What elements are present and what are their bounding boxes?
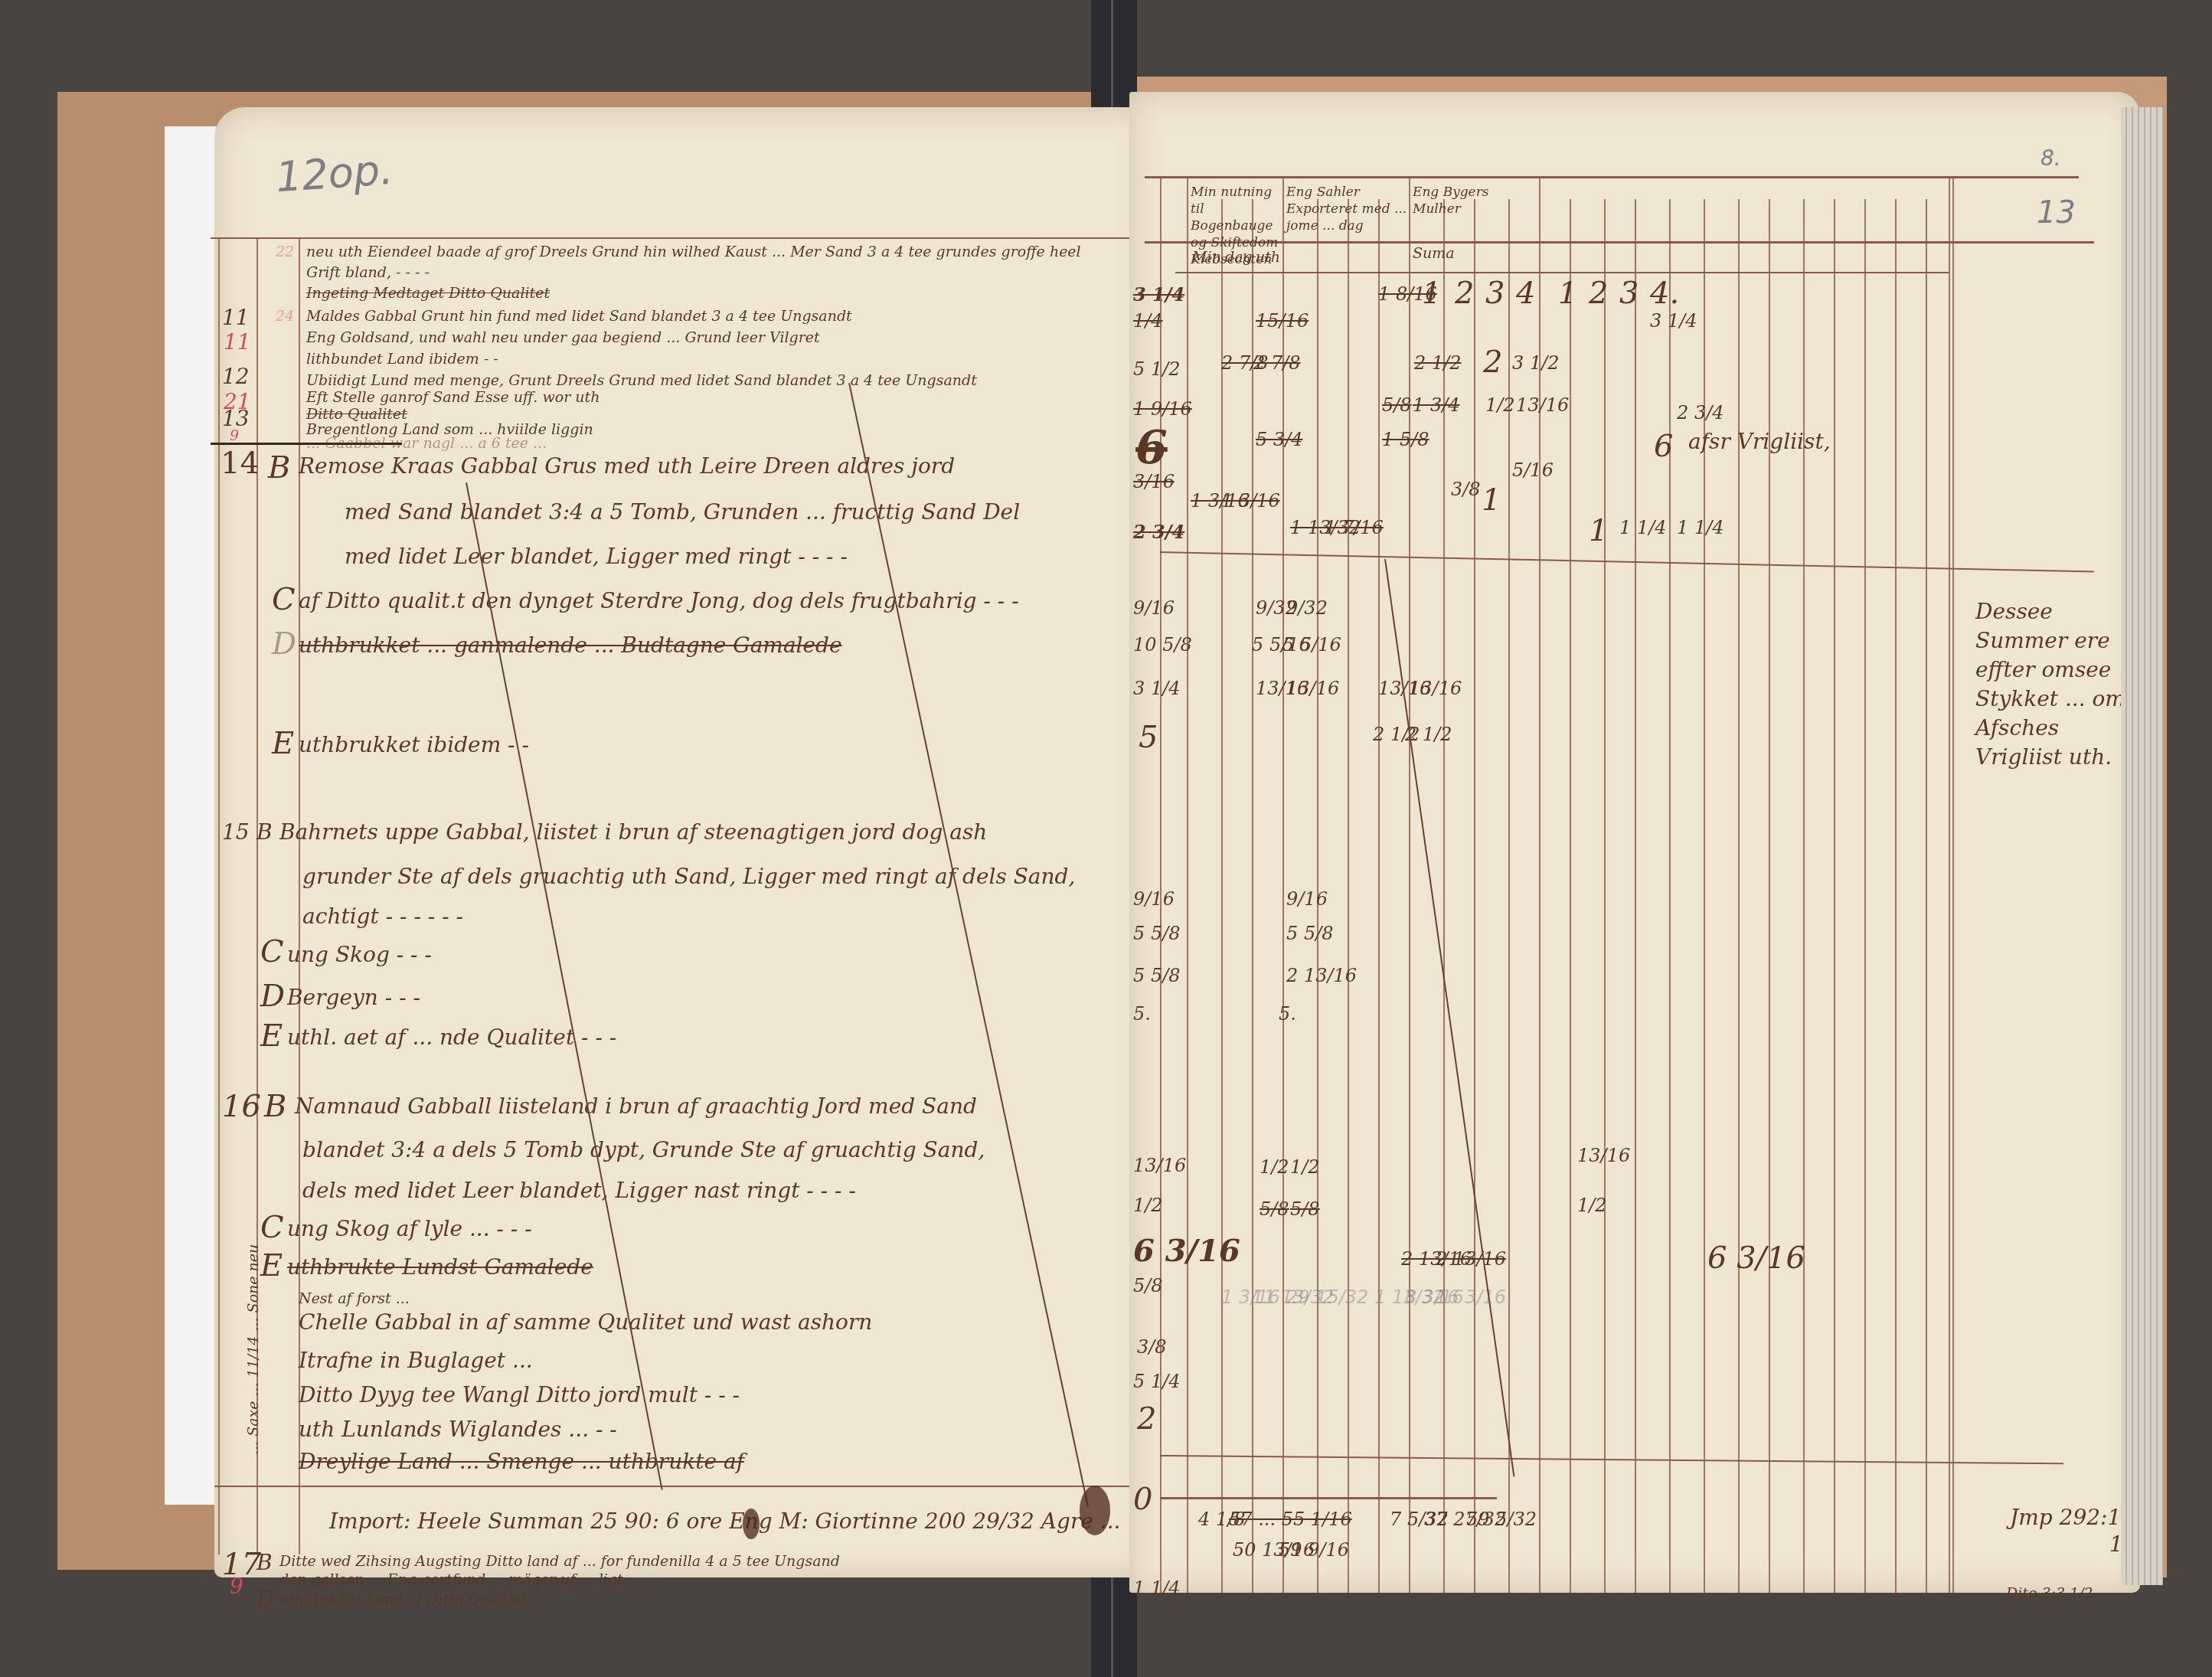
cell-value: 2 7/8 [1253, 352, 1301, 374]
number-row-cell: 4 [1516, 276, 1535, 311]
row-left-value: 6 3/16 [1133, 1233, 1240, 1269]
row-left-value: 1 9/16 [1133, 398, 1192, 420]
cell-value: 3/8 [1451, 479, 1481, 500]
entry-number-red: 9 [230, 1574, 243, 1599]
cell-value: 2 1/2 [1414, 352, 1462, 374]
page-edges [2121, 107, 2163, 1585]
entry-letter: C [260, 1210, 284, 1245]
subheader: uth [1256, 249, 1280, 266]
column-rule [1895, 199, 1897, 1593]
row-left-value: 6 [1135, 421, 1168, 475]
row-left-value: 1/2 [1133, 1195, 1163, 1216]
entry-line: ung Skog - - - [287, 942, 432, 967]
entry-line: Chelle Gabbal in af samme Qualitet und w… [299, 1309, 872, 1335]
entry-number: 15 [222, 819, 250, 845]
entry-line: Nest af forst ... [299, 1290, 410, 1307]
entry-line: Ditte wed Zihsing Augsting Ditto land af… [279, 1553, 840, 1570]
margin-note-jmp: Jmp 292:14 [2010, 1505, 2135, 1530]
row-left-value: 3 1/4 [1133, 678, 1181, 699]
header-rule [1145, 241, 2094, 244]
subheader: dag [1225, 249, 1253, 266]
entry-line: med Sand blandet 3:4 a 5 Tomb, Grunden .… [345, 499, 1020, 525]
column-rule [1635, 199, 1636, 1593]
cell-value: 5 5/8 [1286, 923, 1334, 944]
entry-line: Bahrnets uppe Gabbal, liistet i brun af … [279, 819, 987, 845]
entry-letter: D [260, 979, 285, 1014]
column-rule [1669, 199, 1671, 1593]
cell-value: 5/8 [1382, 394, 1412, 416]
number-row-cell: 3 [1485, 276, 1505, 311]
pencil-folio-right: 13 [2037, 195, 2076, 230]
entry-number: 11 [222, 305, 250, 330]
column-rule [1539, 176, 1541, 1593]
header-line-struck: Ingeting Medtaget Ditto Qualitet [306, 285, 550, 302]
left-page: 12op. 22 neu uth Eiendeel baade af grof … [214, 107, 1152, 1577]
cell-value: 13/16 [1286, 678, 1339, 699]
row-note: afsr Vrigliist, [1688, 429, 1831, 454]
number-row-cell: 1 [1558, 276, 1577, 311]
entry-number: 14 [221, 446, 260, 481]
pencil-folio-left: 12op. [274, 145, 394, 202]
entry-letter: E [260, 1248, 283, 1283]
column-rule [1252, 199, 1253, 1593]
subheader: Min [1192, 249, 1221, 266]
margin-note-ditto: Dito 3:3 1/2 [2006, 1585, 2093, 1602]
entry-line: Bergeyn - - - [287, 985, 420, 1010]
entry-line: uthbrukket Land af Ditto Qualitet - - - [279, 1591, 557, 1608]
row-left-value: 9/16 [1133, 597, 1175, 619]
import-summary-line: Import: Heele Summan 25 90: 6 ore Eng M:… [329, 1509, 1120, 1534]
margin-number: 22 [276, 244, 294, 260]
cross-out-stroke [848, 383, 1089, 1507]
cell-value: 5 5/16 [1282, 634, 1341, 655]
row-left-value: 5. [1133, 1003, 1151, 1025]
number-row-cell: 2 [1589, 276, 1608, 311]
pencil-subtotal: 16 3/16 [1436, 1286, 1506, 1308]
header-line: Grift bland, - - - - [306, 264, 430, 281]
row-left-value: 3 1/4 [1133, 283, 1184, 306]
cell-value: 5/8 [1260, 1198, 1289, 1220]
column-rule [1769, 199, 1770, 1593]
row-left-value: 5 5/8 [1133, 923, 1181, 944]
column-rule [1949, 176, 1950, 1593]
total-value: 59 9/16 [1279, 1539, 1349, 1561]
entry-letter: E [272, 726, 294, 761]
column-rule [1474, 199, 1475, 1593]
entry-line: ... Gaabbel war nagl ... a 6 tee ... [306, 435, 547, 452]
cell-value: 6 3/16 [1707, 1241, 1805, 1276]
entry-line: Eng Goldsand, und wahl neu under gaa beg… [306, 329, 820, 346]
ink-blot [1080, 1486, 1110, 1535]
entry-letter: C [260, 934, 284, 969]
header-line: neu uth Eiendeel baade af grof Dreels Gr… [306, 244, 1081, 260]
cell-value: 5/8 [1290, 1198, 1320, 1220]
column-rule [1864, 199, 1866, 1593]
row-left-value: 5 5/8 [1133, 965, 1181, 986]
totals-left: 0 [1133, 1482, 1152, 1517]
cell-value: 1 1/4 [1619, 517, 1667, 538]
entry-line-struck: uthbrukte Lundst Gamalede [287, 1254, 593, 1280]
cell-value: 1/2 [1485, 394, 1515, 416]
entry-line: af Ditto qualit.t den dynget Sterdre Jon… [299, 588, 1019, 613]
row-left-value: 2 3/4 [1133, 521, 1184, 543]
row-left-value: 9/16 [1133, 888, 1175, 910]
right-page: 8. 13 Min nutning til Bogenbauge og Skif… [1129, 92, 2140, 1593]
column-header: Eng Bygers Mulher [1413, 184, 1535, 217]
entry-line: dels med lidet Leer blandet, Ligger nast… [302, 1178, 856, 1203]
entry-line: Ditto Dyyg tee Wangl Ditto jord mult - -… [299, 1382, 740, 1407]
column-rule [1926, 199, 1927, 1593]
cell-value: 9/16 [1286, 888, 1328, 910]
column-rule [1187, 176, 1188, 1593]
column-rule [1604, 199, 1606, 1593]
column-rule [1221, 199, 1223, 1593]
cell-value: 1 5/8 [1382, 429, 1429, 450]
entry-line-struck: Dreylige Land ... Smenge ... uthbrukte a… [299, 1449, 744, 1474]
row-left-value: 1 1/4 [1133, 1577, 1181, 1599]
column-rule [1348, 199, 1349, 1593]
entry-line: med lidet Leer blandet, Ligger med ringt… [345, 544, 848, 569]
totals-rule [1160, 1497, 1497, 1499]
cell-value: 13/16 [1516, 394, 1569, 416]
column-rule [1282, 176, 1284, 1593]
entry-line: Ubiidigt Lund med menge, Grunt Dreels Gr… [306, 372, 977, 389]
entry-line: Eft Stelle ganrof Sand Esse uff. wor uth [306, 389, 600, 406]
column-rule [1409, 176, 1410, 1593]
cell-value: 5. [1279, 1003, 1296, 1025]
cell-value: 1 [1482, 482, 1501, 518]
number-row-cell: 1 [1422, 276, 1441, 311]
entry-line: Remose Kraas Gabbal Grus med uth Leire D… [299, 453, 955, 479]
margin-number: 24 [276, 308, 294, 325]
paper-slip [165, 126, 218, 1505]
entry-letter: B [256, 1550, 273, 1575]
entry-line: Namnaud Gabball liisteland i brun af gra… [295, 1093, 977, 1119]
entry-line: uth Lunlands Wiglandes ... - - [299, 1417, 617, 1442]
subheader-suma: Suma [1413, 245, 1455, 262]
column-rule [1738, 199, 1740, 1593]
row-left-value: 3/16 [1133, 471, 1175, 492]
margin-note-brace: Dessee Summer ere effter omsee Stykket .… [1975, 597, 2129, 772]
cell-value: 2 13/16 [1436, 1248, 1506, 1270]
vertical-margin-note: ... Saxe ... 11/14 ... Sone neu [245, 1244, 262, 1455]
entry-letter: C [272, 582, 296, 617]
cell-value: 3 1/4 [1650, 310, 1697, 332]
entry-line: uthl. aet af ... nde Qualitet - - - [287, 1025, 616, 1050]
pencil-subtotal: 29 15/32 [1286, 1286, 1368, 1308]
cell-value: 1/2 [1577, 1195, 1607, 1216]
number-row-cell: 4. [1650, 276, 1679, 311]
cell-value: 2 13/16 [1286, 965, 1357, 986]
entry-number-red: 9 [230, 427, 239, 444]
entry-letter: D [272, 626, 296, 662]
entry-line: Ditto Qualitet [306, 406, 407, 423]
cell-value: 5/16 [1512, 459, 1554, 481]
total-value: 57 ... 55 1/16 [1229, 1509, 1352, 1530]
cell-value: 13/16 [1577, 1145, 1630, 1166]
row-left-value: 5 1/4 [1133, 1371, 1181, 1392]
cell-value: 6 [1654, 429, 1673, 464]
entry-letter: B [256, 819, 273, 845]
column-rule [1834, 199, 1835, 1593]
number-row-cell: 3 [1619, 276, 1639, 311]
subheader-rule [1175, 272, 1949, 273]
entry-line: Maldes Gabbal Grunt hin fund med lidet S… [306, 308, 852, 325]
entry-letter: E [260, 1018, 283, 1054]
cell-value: 2 3/4 [1677, 402, 1724, 423]
cell-value: 15/16 [1256, 310, 1309, 332]
entry-letter: B [264, 1089, 286, 1124]
entry-line: den gallsen ... Eng gortfund ... möger u… [279, 1571, 662, 1588]
number-row-cell: 2 [1455, 276, 1474, 311]
total-value: 59 5/32 [1466, 1509, 1537, 1530]
top-rule [211, 237, 1148, 239]
entry-line: blandet 3:4 a dels 5 Tomb dypt, Grunde S… [302, 1137, 985, 1162]
cell-value: 1 7/16 [1325, 517, 1384, 538]
entry-line: lithbundet Land ibidem - - [306, 351, 498, 368]
pencil-folio-top: 8. [2040, 145, 2061, 171]
cell-value: 1 3/4 [1413, 394, 1460, 416]
cell-value: 3 1/2 [1512, 352, 1560, 374]
entry-number: 16 [222, 1089, 261, 1124]
entry-line: uthbrukket ibidem - - [299, 732, 529, 757]
entry-line: grunder Ste af dels gruachtig uth Sand, … [302, 864, 1075, 889]
row-left-value: 10 5/8 [1133, 634, 1192, 655]
entry-letter: B [268, 450, 290, 485]
cell-value: 2 [1483, 345, 1502, 380]
cell-value: 1 3/16 [1221, 490, 1280, 512]
cell-value: 1 1/4 [1677, 517, 1724, 538]
totals-divider [1160, 1455, 2063, 1464]
row-left-value: 2 [1137, 1401, 1156, 1437]
ink-blot [743, 1509, 760, 1539]
entry-line: ung Skog af lyle ... - - - [287, 1216, 532, 1241]
column-rule [1803, 199, 1805, 1593]
cell-value: 1/2 [1290, 1156, 1320, 1178]
column-rule [1570, 199, 1571, 1593]
cell-value: 9/32 [1286, 597, 1328, 619]
entry-number: 12 [222, 364, 250, 389]
entry-line-struck: uthbrukket ... ganmalende ... Budtagne G… [299, 633, 842, 658]
column-rule [1952, 176, 1954, 1593]
entry-line: achtigt - - - - - - [302, 904, 463, 929]
cell-value: 1/2 [1260, 1156, 1289, 1178]
row-left-value: 13/16 [1133, 1155, 1186, 1176]
row-left-value: 5 1/2 [1133, 358, 1181, 380]
column-rule [1378, 199, 1380, 1593]
cell-value: 5 3/4 [1256, 429, 1303, 450]
cell-value: 1 [1589, 513, 1608, 548]
row-left-value: 5 [1139, 720, 1158, 755]
cell-value: 2 1/2 [1405, 724, 1452, 745]
entry-line: Itrafne in Buglaget ... [299, 1348, 533, 1373]
top-rule [1145, 176, 2079, 178]
column-header: Eng Sahler Exporteret med ... jome ... d… [1286, 184, 1409, 234]
row-left-value: 3/8 [1137, 1336, 1167, 1358]
entry-number-red: 11 [224, 329, 251, 355]
row-left-value: 5/8 [1133, 1275, 1163, 1296]
entry-letter: D [256, 1587, 273, 1612]
row-left-value: 1/4 [1133, 310, 1163, 332]
cell-value: 13/16 [1409, 678, 1462, 699]
margin-rule-1 [218, 237, 220, 1554]
import-rule [214, 1486, 1148, 1487]
